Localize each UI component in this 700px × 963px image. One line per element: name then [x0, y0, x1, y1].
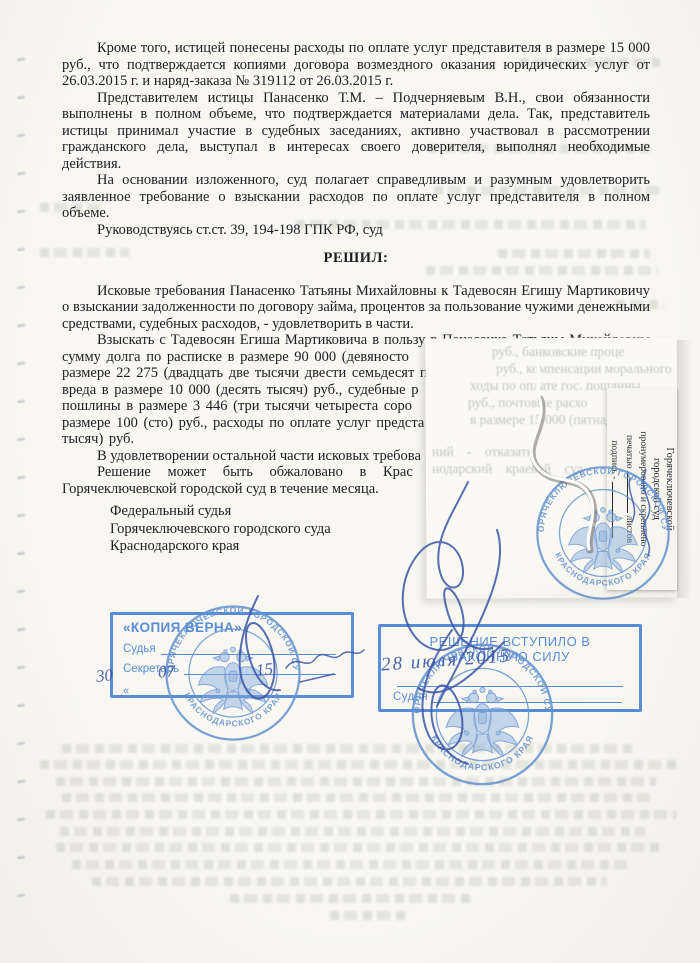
copy-stamp-handwritten-month: 07	[157, 661, 175, 682]
copy-stamp-handwritten-day: 30	[95, 665, 114, 687]
showthrough-text: ний - отказать	[432, 444, 533, 460]
showthrough-text: руб., компенсации морального	[496, 361, 672, 377]
showthrough-text: в размере 15 000 (пятнад	[470, 412, 613, 428]
scanned-court-decision-page: { "colors":{"stamp_blue":"#4c86d4","seal…	[0, 0, 700, 963]
showthrough-text: руб., банковские проце	[492, 344, 624, 360]
court-seal	[529, 459, 677, 607]
copy-stamp-handwritten-year: 15	[255, 659, 274, 681]
showthrough-text: руб., почтовые расхо	[468, 395, 587, 411]
